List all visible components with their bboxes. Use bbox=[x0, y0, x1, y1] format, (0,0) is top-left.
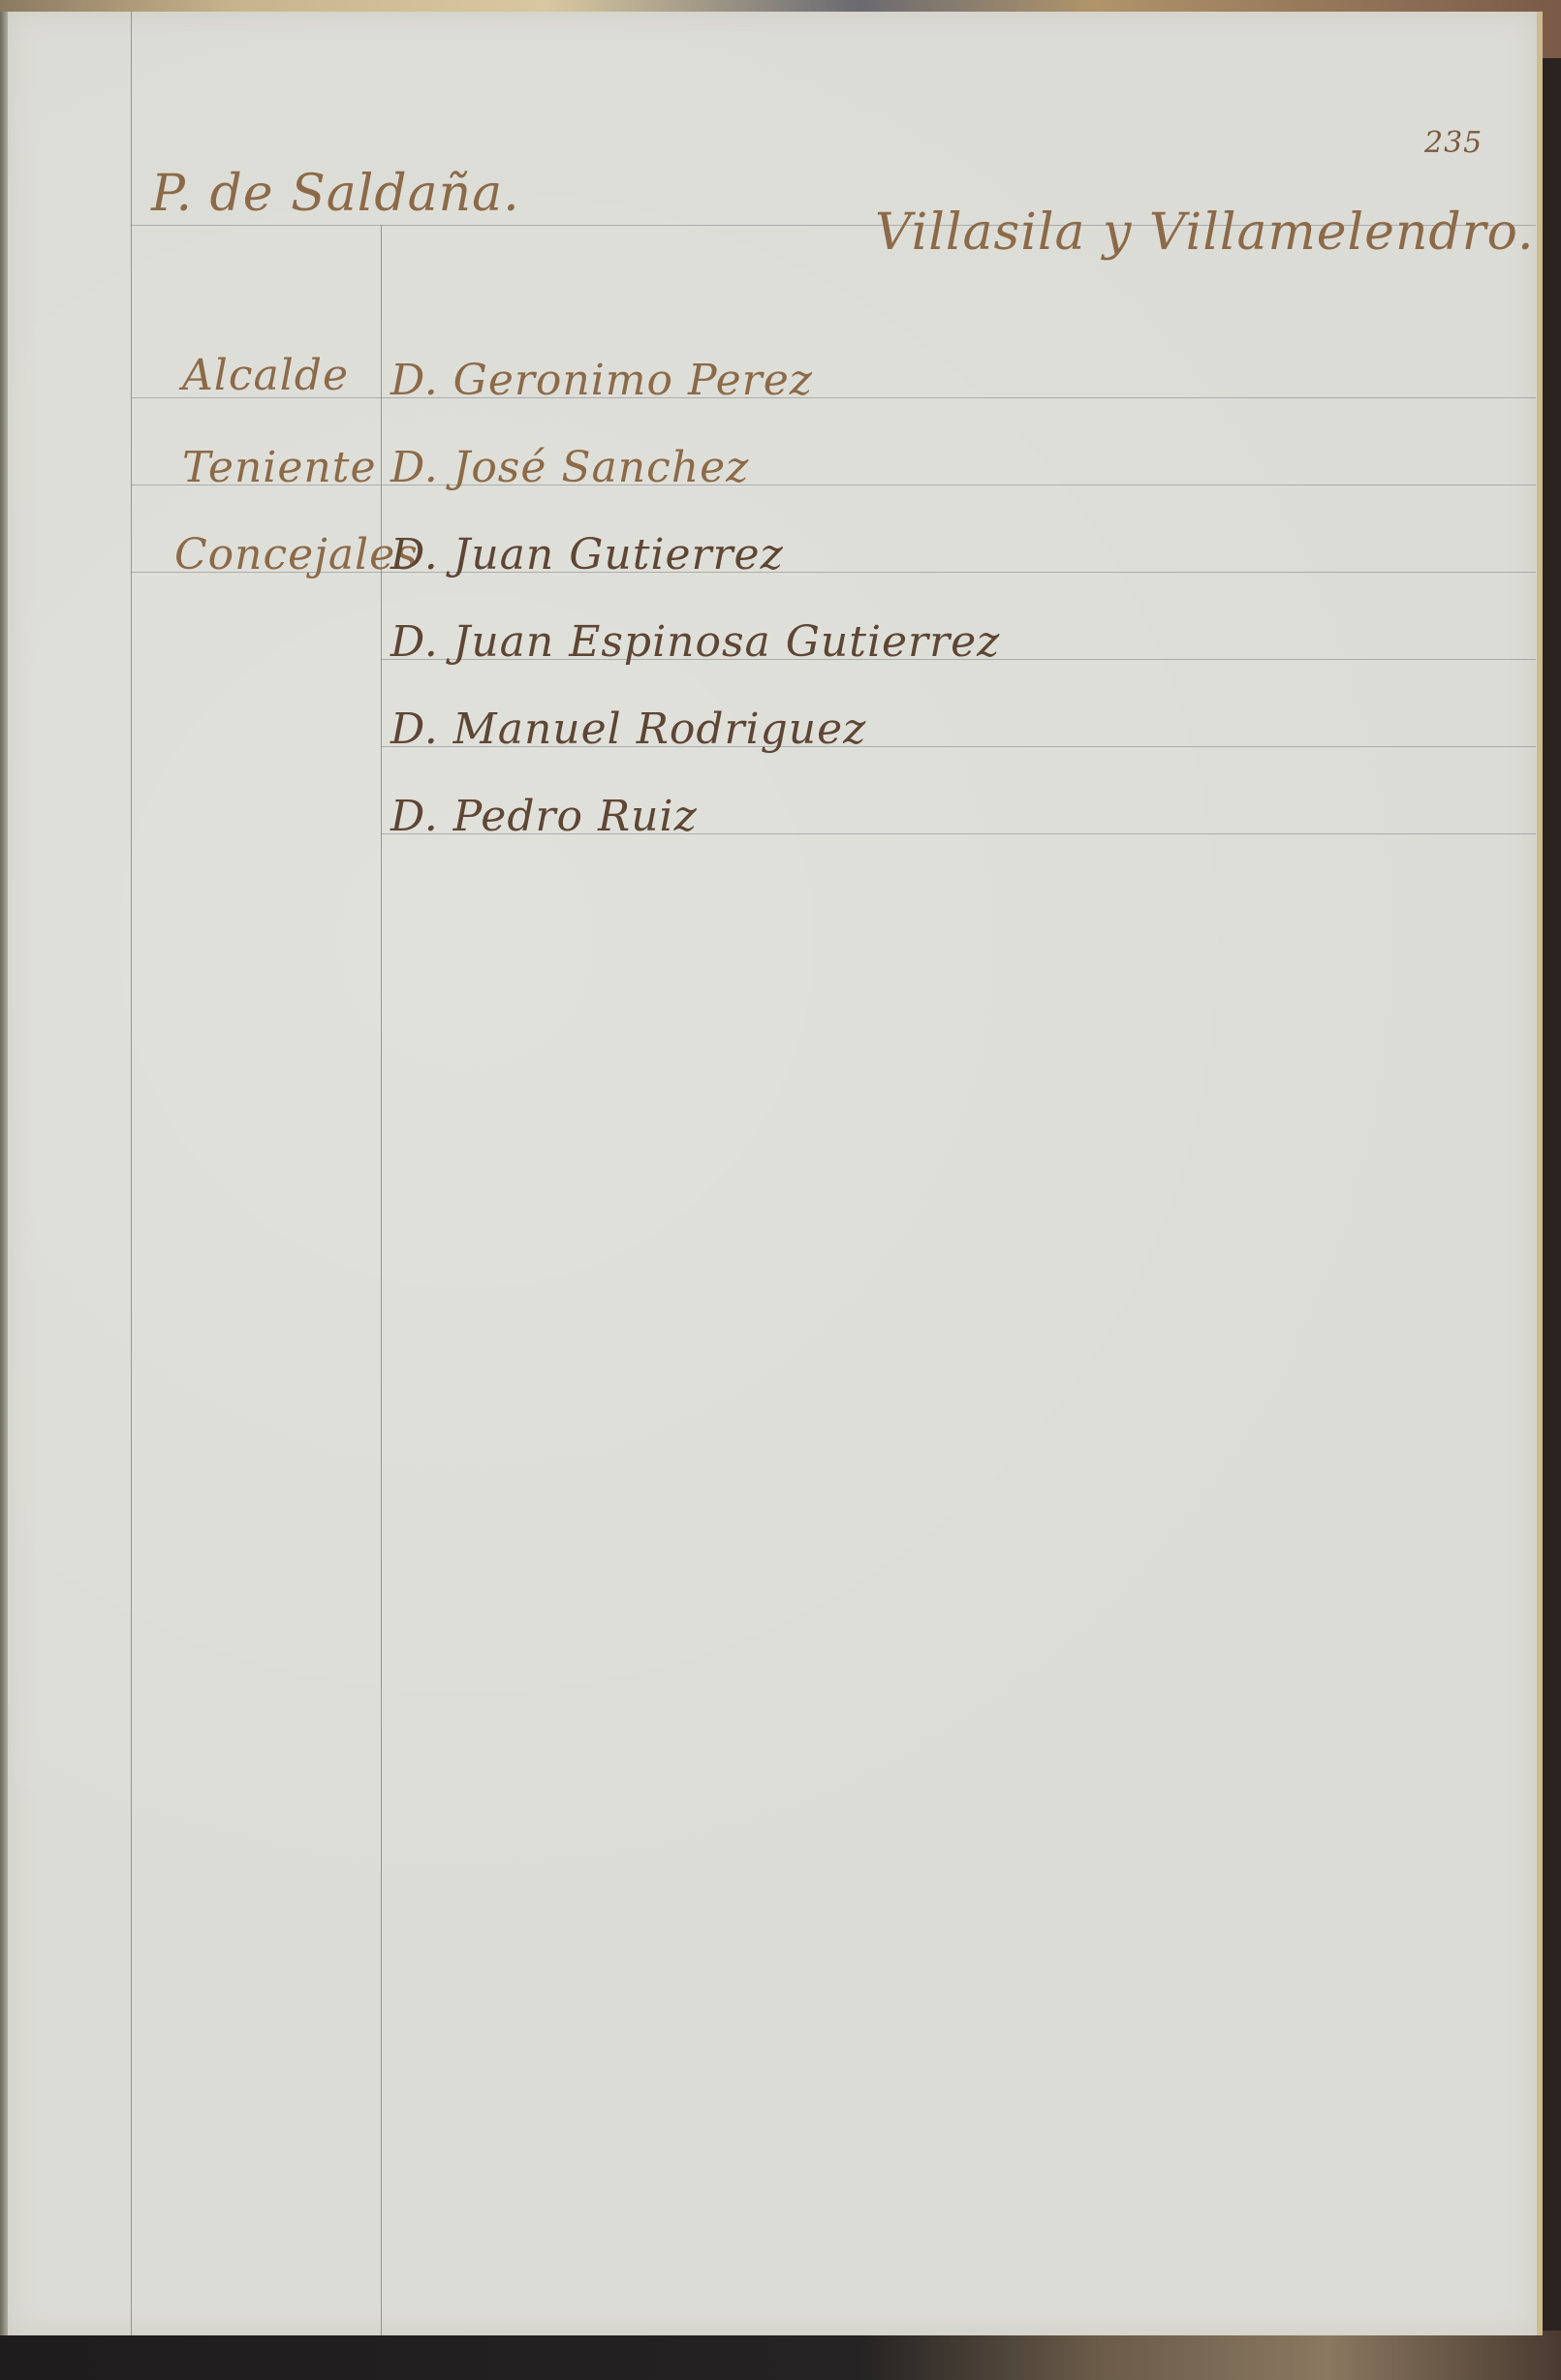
entry-name: D. José Sanchez bbox=[390, 443, 749, 492]
margin-rule-left bbox=[131, 12, 132, 2335]
entry-name: D. Manuel Rodriguez bbox=[390, 705, 866, 754]
entry-name: D. Juan Espinosa Gutierrez bbox=[390, 617, 1000, 667]
role-label-teniente: Teniente bbox=[182, 443, 376, 492]
district-heading: P. de Saldaña. bbox=[151, 165, 520, 223]
entry-name: D. Juan Gutierrez bbox=[390, 530, 784, 579]
role-label-concejales: Concejales bbox=[174, 530, 419, 579]
book-binding-bottom bbox=[0, 2331, 1561, 2380]
role-label-alcalde: Alcalde bbox=[182, 351, 349, 400]
municipality-heading: Villasila y Villamelendro. bbox=[875, 204, 1535, 262]
entry-name: D. Geronimo Perez bbox=[390, 356, 813, 405]
manuscript-page: 235 P. de Saldaña. Villasila y Villamele… bbox=[8, 12, 1543, 2335]
entry-name: D. Pedro Ruiz bbox=[390, 792, 698, 841]
page-number: 235 bbox=[1424, 126, 1483, 160]
